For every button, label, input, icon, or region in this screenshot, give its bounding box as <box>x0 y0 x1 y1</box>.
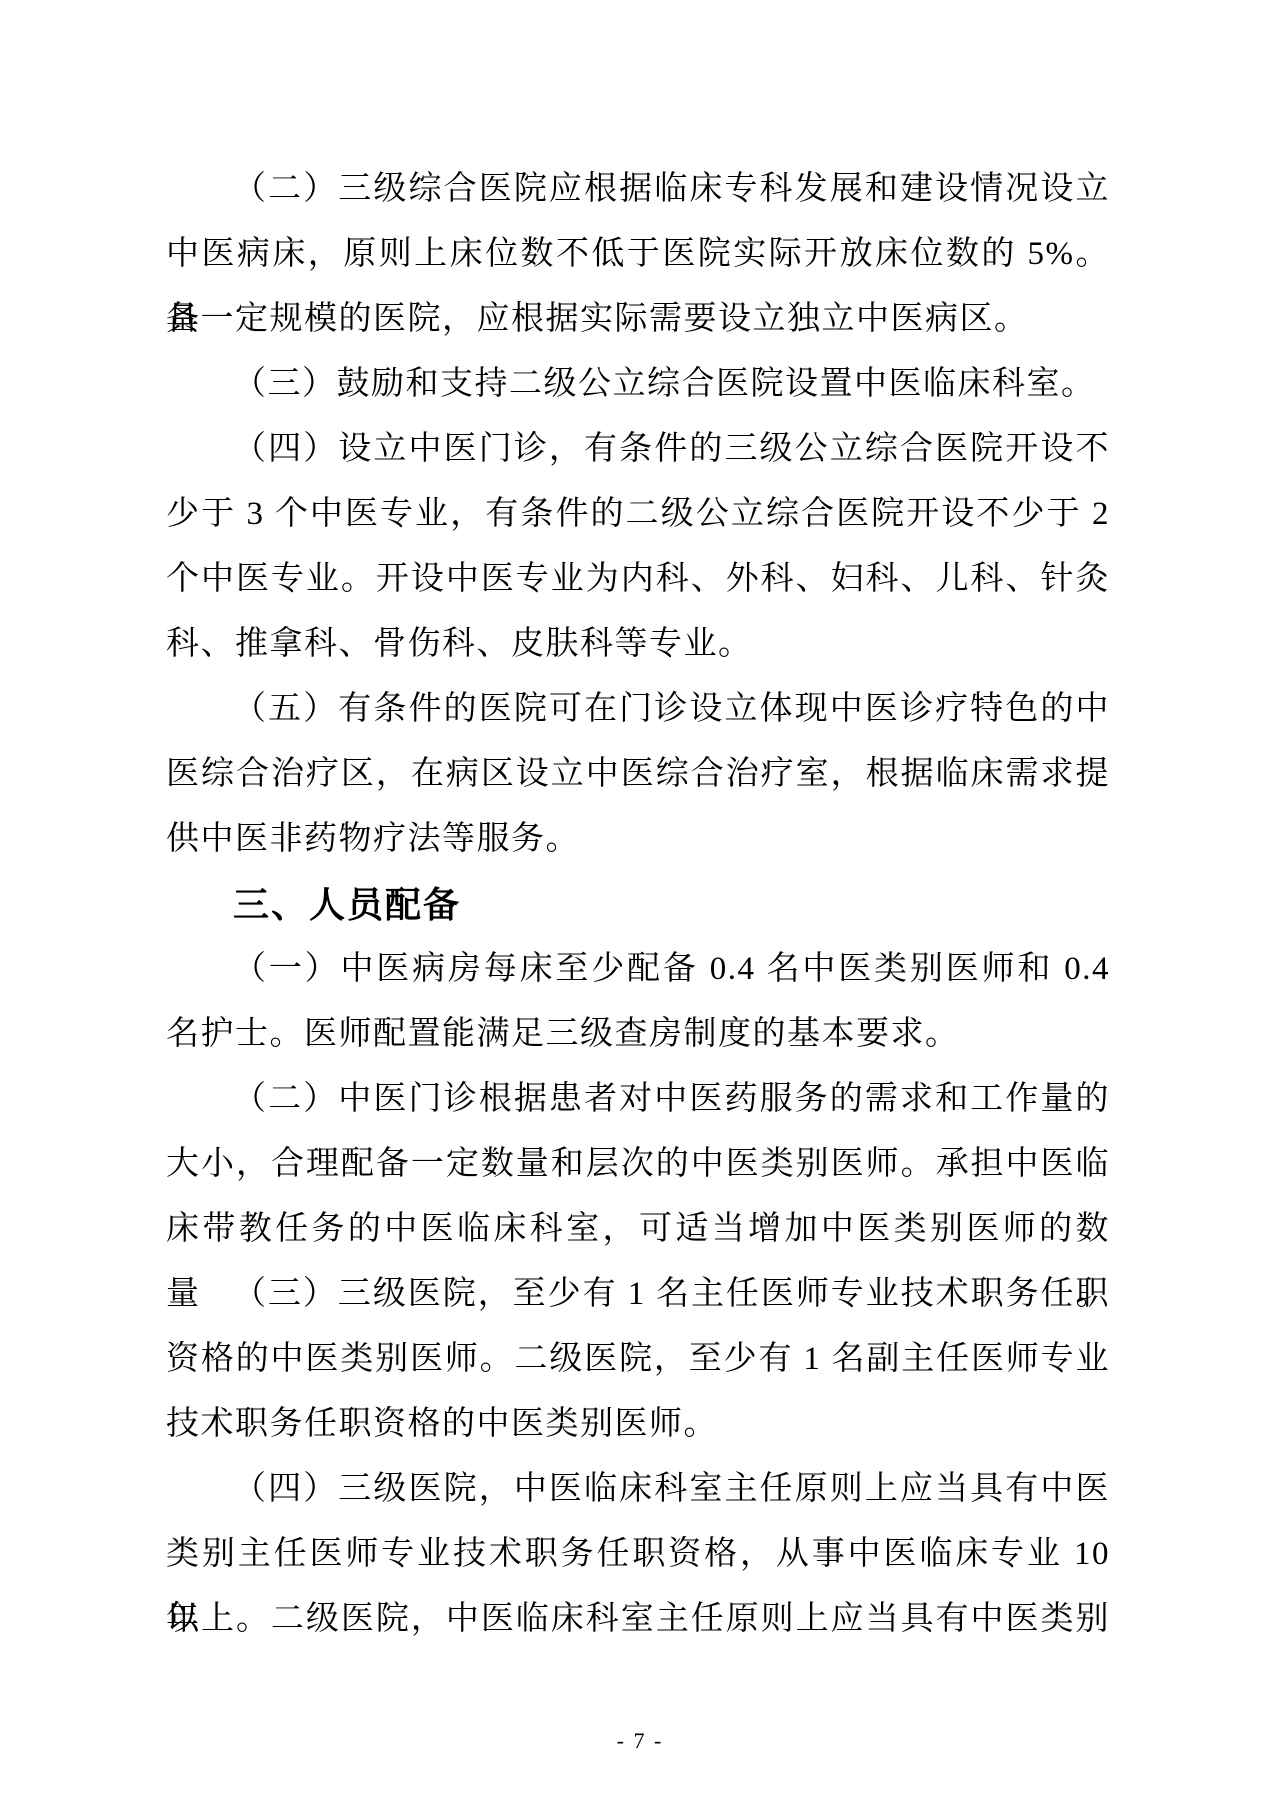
doc-line: （二）中医门诊根据患者对中医药服务的需求和工作量的 <box>166 1067 1110 1132</box>
page-number: - 7 - <box>0 1728 1280 1754</box>
doc-line: （五）有条件的医院可在门诊设立体现中医诊疗特色的中 <box>166 677 1110 742</box>
doc-line: 供中医非药物疗法等服务。 <box>166 807 1110 872</box>
section-heading-personnel: 三、人员配备 <box>166 872 1110 937</box>
doc-line: （三）三级医院，至少有 1 名主任医师专业技术职务任职 <box>166 1262 1110 1327</box>
doc-line: 技术职务任职资格的中医类别医师。 <box>166 1392 1110 1457</box>
doc-line: 少于 3 个中医专业，有条件的二级公立综合医院开设不少于 2 <box>166 482 1110 547</box>
doc-line: 以上。二级医院，中医临床科室主任原则上应当具有中医类别 <box>166 1587 1110 1652</box>
doc-line: 备一定规模的医院，应根据实际需要设立独立中医病区。 <box>166 287 1110 352</box>
doc-line: （三）鼓励和支持二级公立综合医院设置中医临床科室。 <box>166 352 1110 417</box>
document-body: （二）三级综合医院应根据临床专科发展和建设情况设立 中医病床，原则上床位数不低于… <box>166 157 1110 1652</box>
doc-line: 床带教任务的中医临床科室，可适当增加中医类别医师的数量。 <box>166 1197 1110 1262</box>
doc-line: （四）设立中医门诊，有条件的三级公立综合医院开设不 <box>166 417 1110 482</box>
doc-line: 医综合治疗区，在病区设立中医综合治疗室，根据临床需求提 <box>166 742 1110 807</box>
doc-line: 个中医专业。开设中医专业为内科、外科、妇科、儿科、针灸 <box>166 547 1110 612</box>
doc-line: 中医病床，原则上床位数不低于医院实际开放床位数的 5%。具 <box>166 222 1110 287</box>
doc-line: 大小，合理配备一定数量和层次的中医类别医师。承担中医临 <box>166 1132 1110 1197</box>
doc-line: 名护士。医师配置能满足三级查房制度的基本要求。 <box>166 1002 1110 1067</box>
document-page: （二）三级综合医院应根据临床专科发展和建设情况设立 中医病床，原则上床位数不低于… <box>0 0 1280 1810</box>
doc-line: 类别主任医师专业技术职务任职资格，从事中医临床专业 10 年 <box>166 1522 1110 1587</box>
doc-line: 科、推拿科、骨伤科、皮肤科等专业。 <box>166 612 1110 677</box>
doc-line: （二）三级综合医院应根据临床专科发展和建设情况设立 <box>166 157 1110 222</box>
doc-line: 资格的中医类别医师。二级医院，至少有 1 名副主任医师专业 <box>166 1327 1110 1392</box>
doc-line: （四）三级医院，中医临床科室主任原则上应当具有中医 <box>166 1457 1110 1522</box>
doc-line: （一）中医病房每床至少配备 0.4 名中医类别医师和 0.4 <box>166 937 1110 1002</box>
